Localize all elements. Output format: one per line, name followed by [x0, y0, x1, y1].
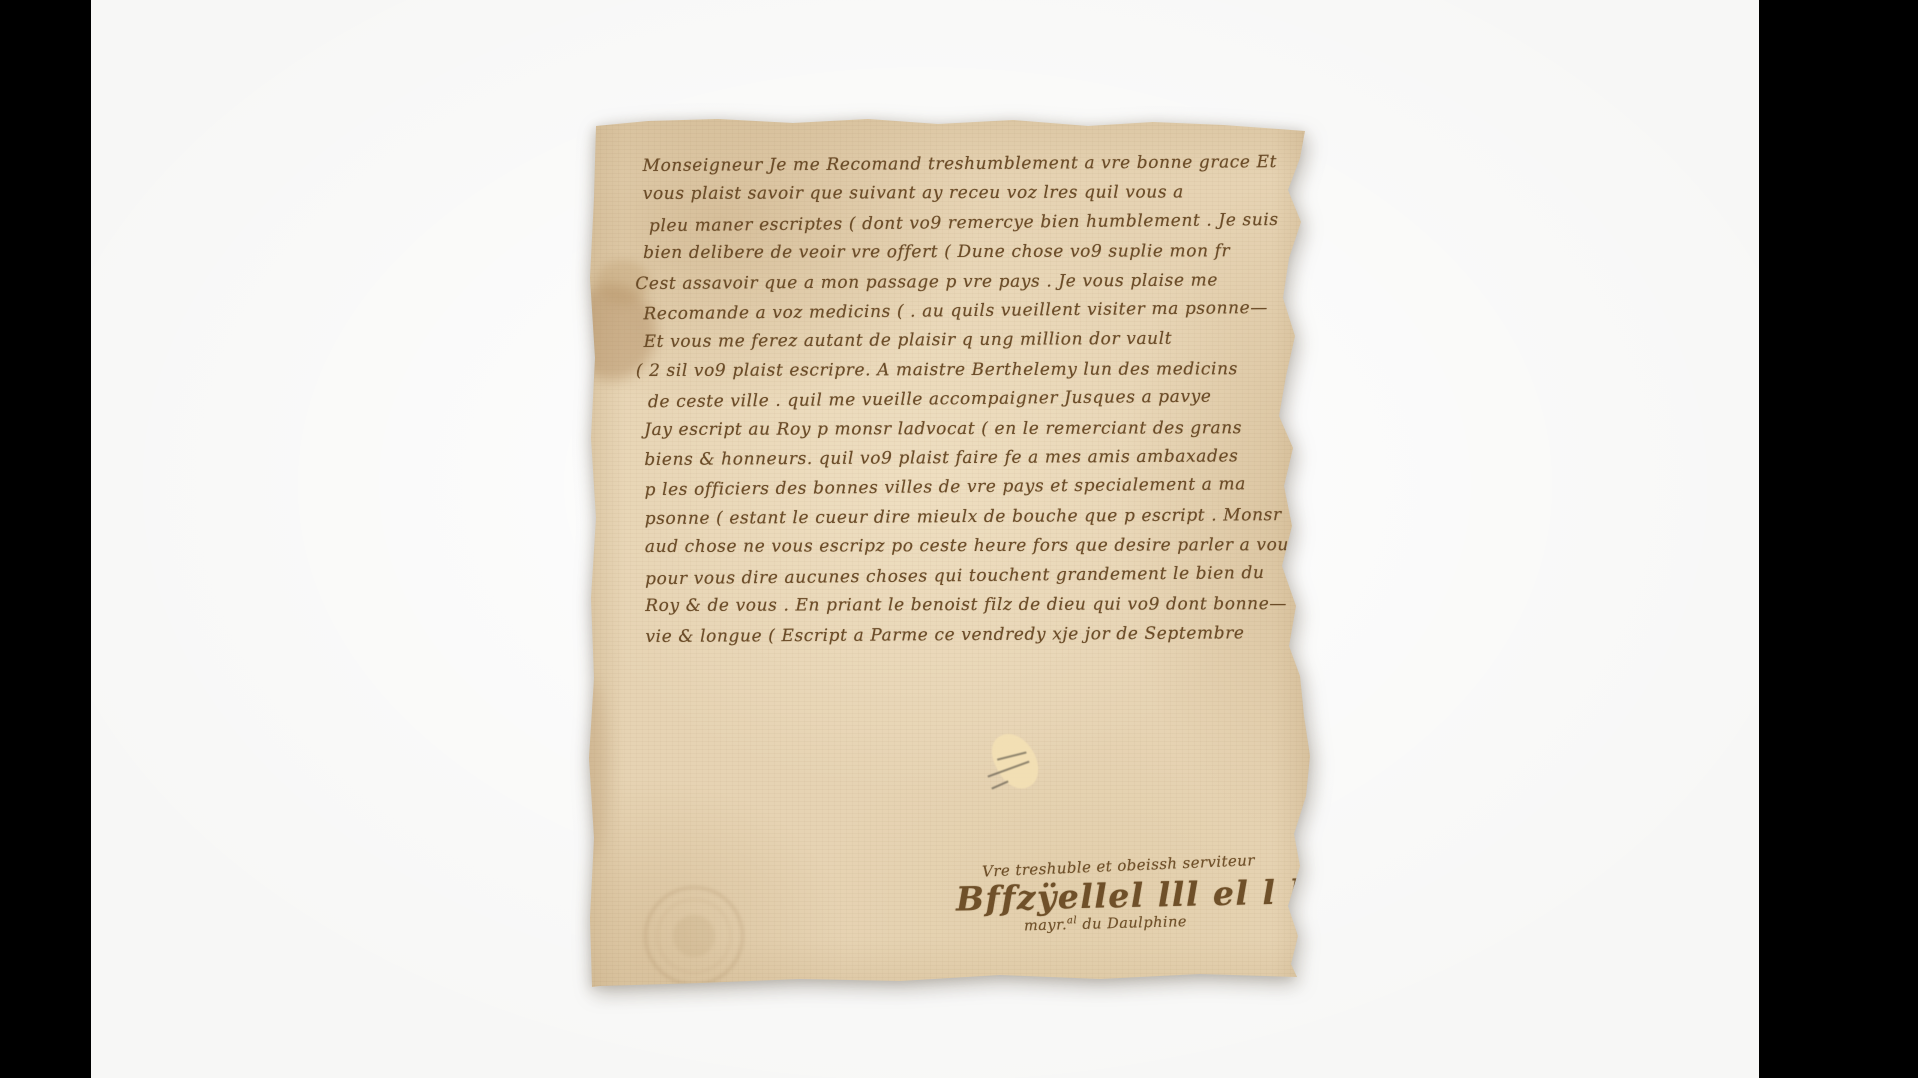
manuscript-line: Jay escript au Roy p monsr ladvocat ( en… — [644, 414, 1294, 445]
manuscript-line: pour vous dire aucunes choses qui touche… — [645, 558, 1295, 594]
manuscript-line: Monseigneur Je me Recomand treshumblemen… — [642, 148, 1292, 181]
manuscript-line: ( 2 sil vo9 plaist escripre. A maistre B… — [636, 355, 1294, 386]
letterbox-right — [1759, 0, 1918, 1078]
tear-mark — [991, 780, 1008, 789]
signature-title-right: du Daulphine — [1082, 914, 1187, 933]
manuscript-line: psonne ( estant le cueur dire mieulx de … — [645, 501, 1295, 534]
signature-block: Vre treshuble et obeissh serviteur Bffzÿ… — [956, 856, 1296, 931]
signature-title-left: mayr. — [1024, 917, 1067, 934]
manuscript-line: vous plaist savoir que suivant ay receu … — [643, 178, 1293, 209]
manuscript-line: de ceste ville . quil me vueille accompa… — [648, 382, 1294, 418]
manuscript-line: bien delibere de veoir vre offert ( Dune… — [643, 237, 1293, 268]
letterbox-left — [0, 0, 91, 1078]
letter-body: Monseigneur Je me Recomand treshumblemen… — [642, 148, 1295, 652]
manuscript-line: aud chose ne vous escripz po ceste heure… — [645, 531, 1295, 562]
manuscript-line: pleu maner escriptes ( dont vo9 remercye… — [649, 206, 1293, 242]
faint-collection-stamp — [644, 886, 744, 986]
manuscript-line: Et vous me ferez autant de plaisir q ung… — [644, 324, 1294, 357]
signature-title-superscript: al — [1067, 915, 1077, 926]
manuscript-line: vie & longue ( Escript a Parme ce vendre… — [645, 619, 1295, 652]
manuscript-line: Roy & de vous . En priant le benoist fil… — [645, 590, 1295, 621]
paper-sheet: Monseigneur Je me Recomand treshumblemen… — [588, 118, 1316, 990]
manuscript-letter: Monseigneur Je me Recomand treshumblemen… — [588, 118, 1316, 990]
paper-tear-repair — [971, 718, 1061, 809]
